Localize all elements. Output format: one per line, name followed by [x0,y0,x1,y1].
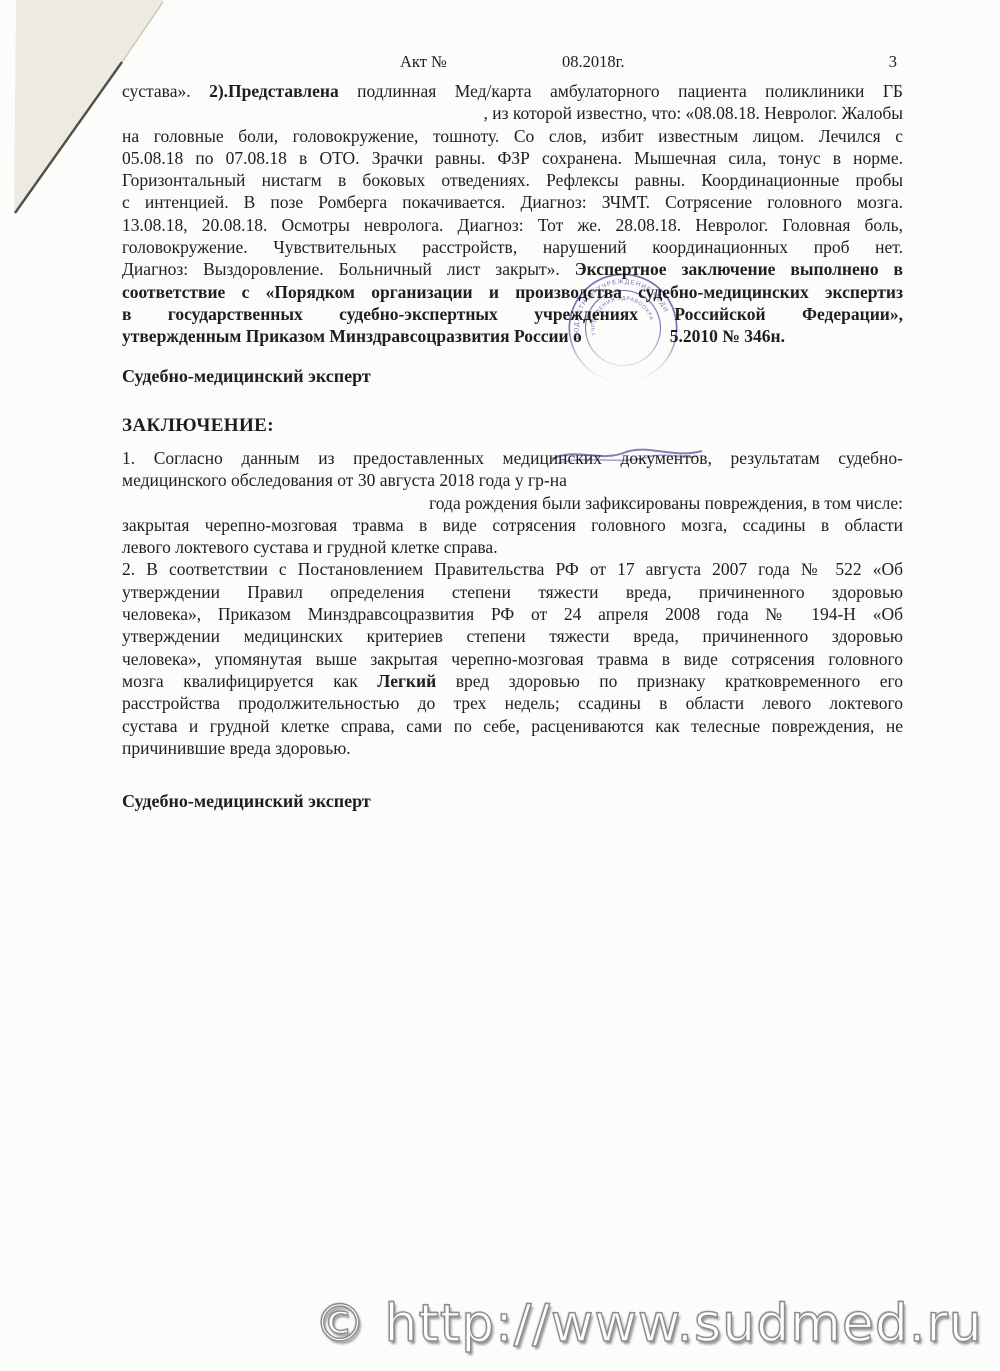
text-line: медицинского обследования от 30 августа … [122,469,903,491]
sudmed-watermark: © http://www.sudmed.ru [314,1294,983,1354]
text-line: человека», Приказом Минздравсоцразвития … [122,603,903,625]
text-line: расстройства продолжительностью до трех … [122,692,903,714]
expert-signature-line-2: Судебно-медицинский эксперт [122,790,903,812]
text-line: соответствие с «Порядком организации и п… [122,281,903,303]
round-stamp: БЮДЖЕТНОЕ УЧРЕЖДЕНИЕ МЕДИЦИНСКОЙ УЧРЕЖДЕ… [538,268,708,388]
page-number: 3 [889,52,897,72]
text-line: мозга квалифицируется как Легкий вред зд… [122,670,903,692]
text-line: года рождения были зафиксированы поврежд… [122,492,903,514]
text-line: Диагноз: Выздоровление. Больничный лист … [122,258,903,280]
conclusion-heading: ЗАКЛЮЧЕНИЕ: [122,415,903,437]
text-line: причинившие вреда здоровью. [122,737,903,759]
text-line: утверждении Правил определения степени т… [122,581,903,603]
text-line: утверждении медицинских критериев степен… [122,625,903,647]
act-date: 08.2018г. [562,52,625,72]
text-line: человека», упомянутая выше закрытая чере… [122,648,903,670]
text-line: сустава и грудной клетке справа, сами по… [122,715,903,737]
text-line: 1. Согласно данным из предоставленных ме… [122,447,903,469]
text-line: левого локтевого сустава и грудной клетк… [122,536,903,558]
expert-signature-line-1: Судебно-медицинский эксперт [122,365,903,387]
scanned-document-page: Акт № 08.2018г. 3 сустава». 2).Представл… [0,0,1000,1371]
text-line: закрытая черепно-мозговая травма в виде … [122,514,903,536]
text-line: утвержденным Приказом Минздравсоцразвити… [122,325,903,347]
text-line: в государственных судебно-экспертных учр… [122,303,903,325]
page-fold-corner [0,0,250,250]
text-line: 2. В соответствии с Постановлением Прави… [122,558,903,580]
act-number-label: Акт № [400,52,447,72]
conclusion-paragraphs: 1. Согласно данным из предоставленных ме… [122,447,903,759]
pen-scribble [548,443,708,469]
